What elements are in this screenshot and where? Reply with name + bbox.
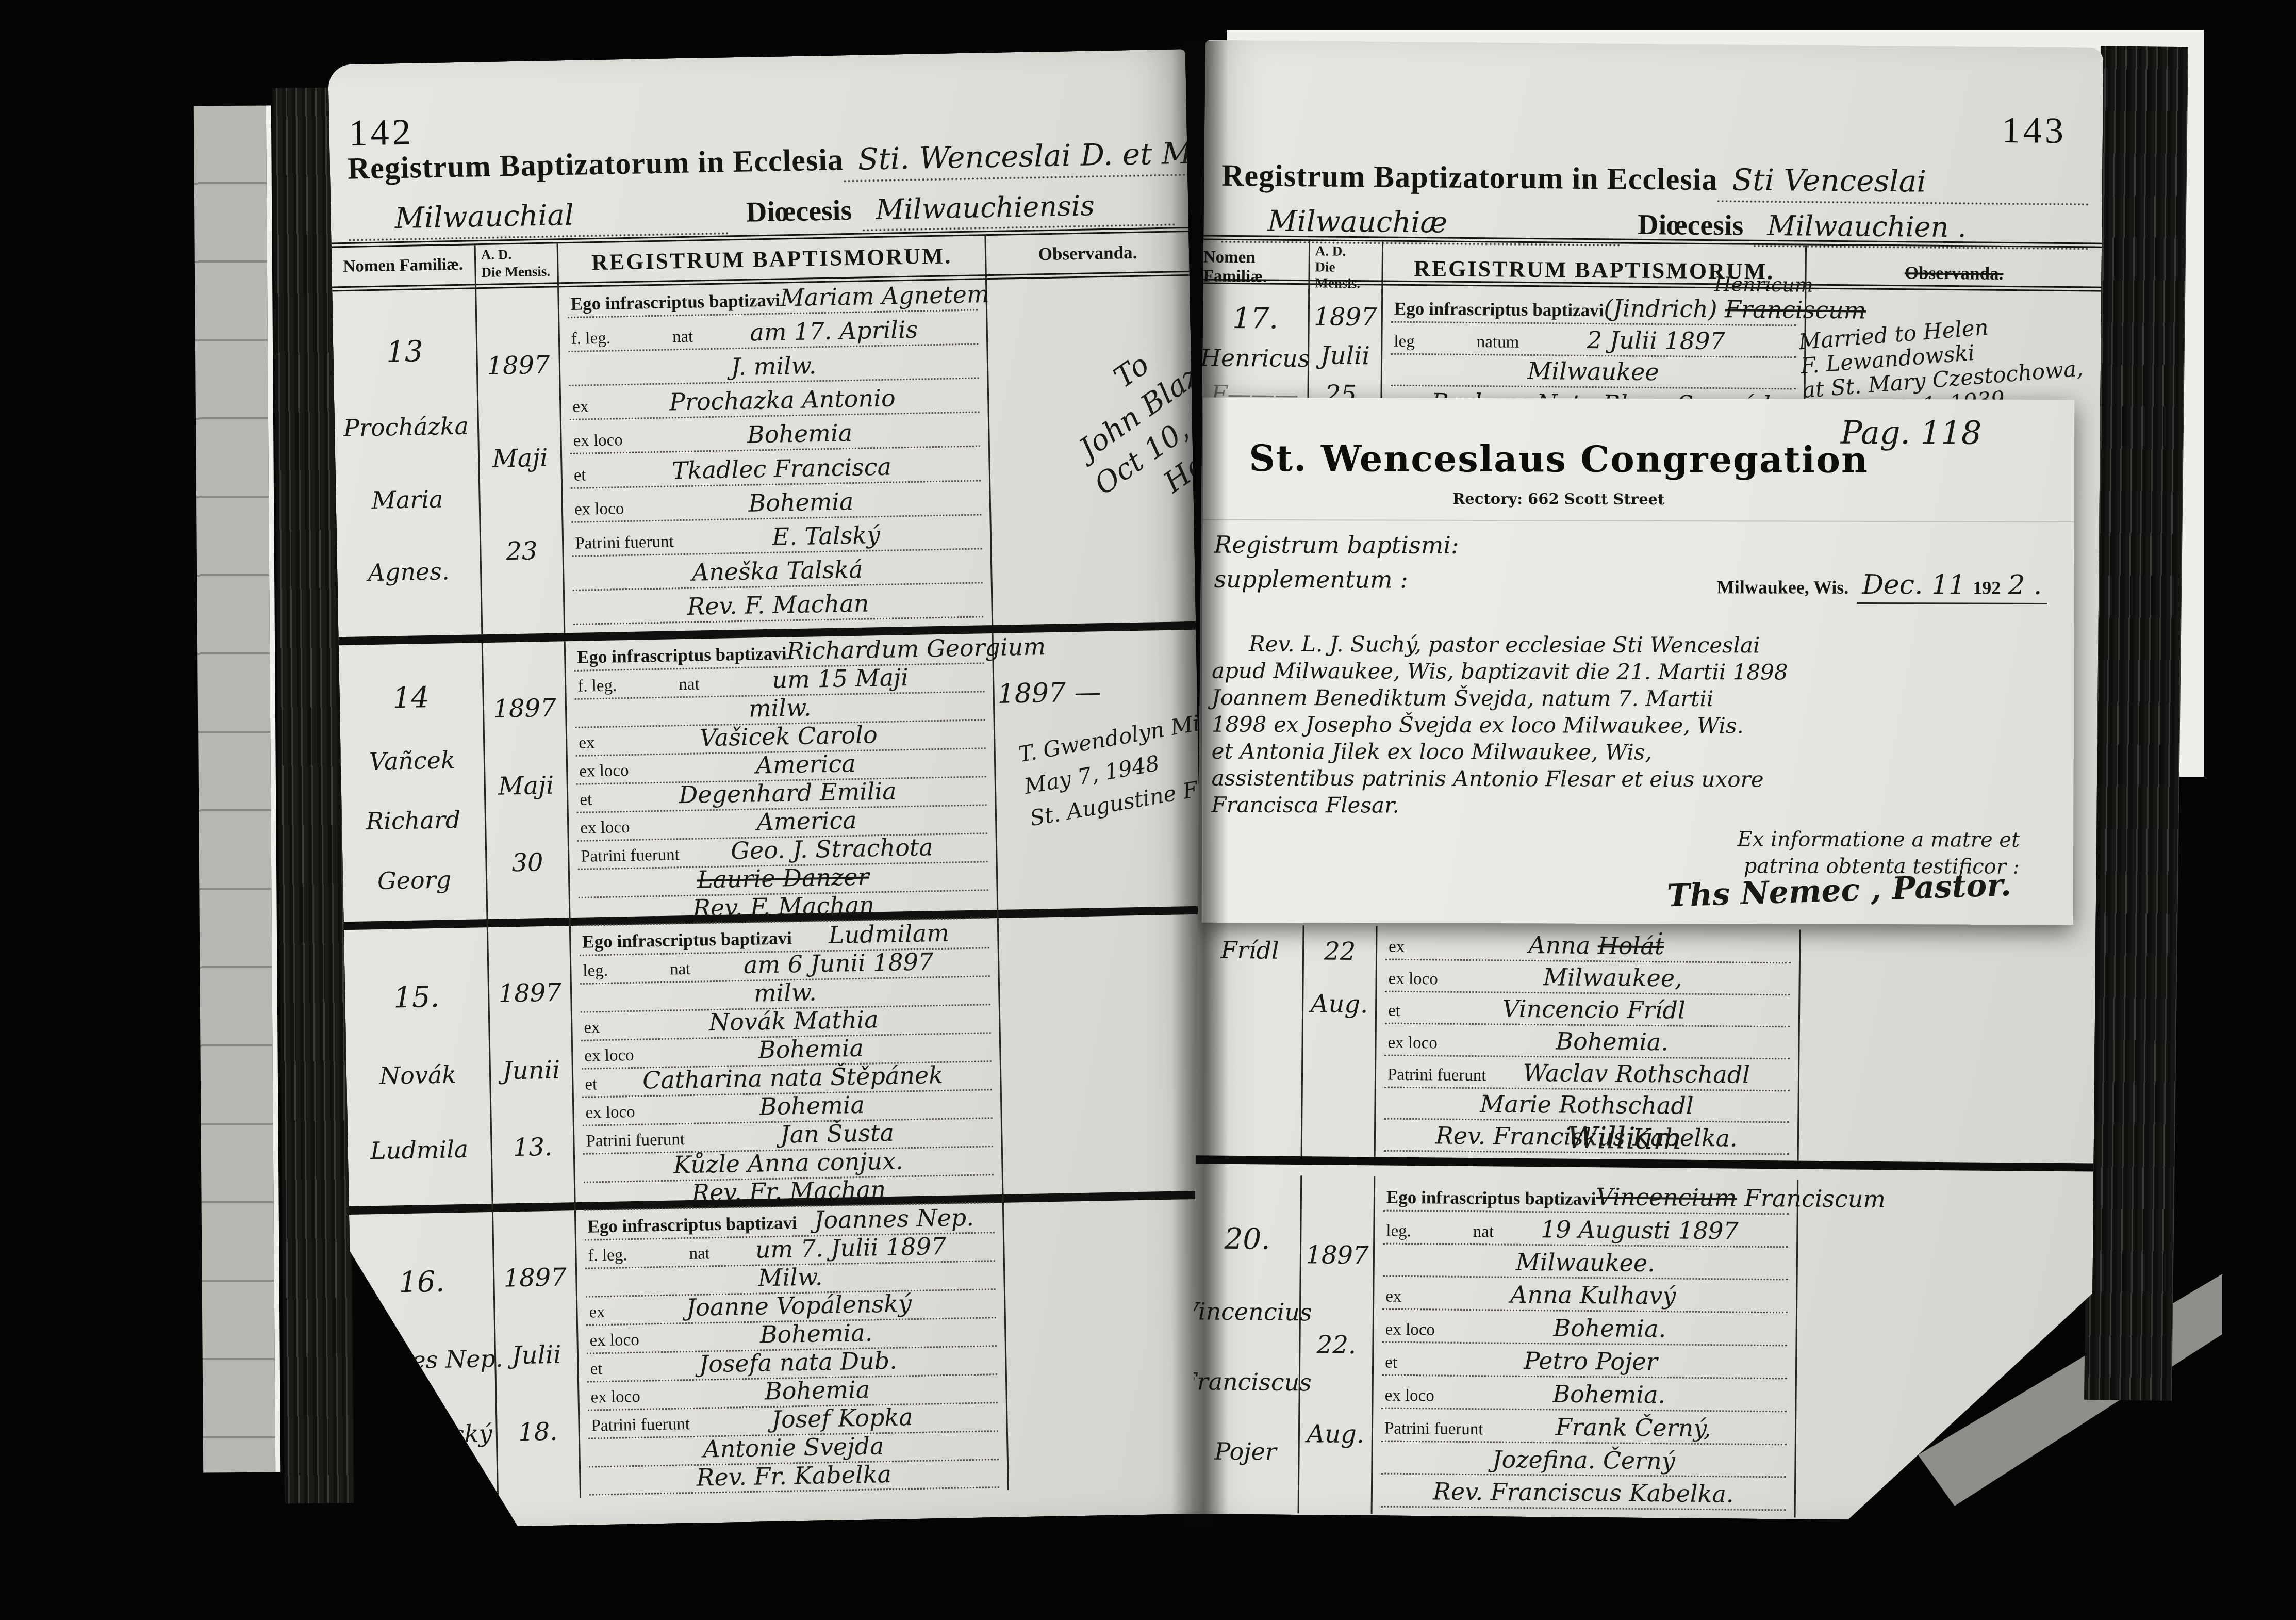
value-part: Rev. Fr. Kabelka: [696, 1460, 891, 1492]
field-label-2: nat: [670, 960, 691, 979]
field-label-2: nat: [1473, 1222, 1494, 1241]
baptism-entry-13: 13ProcházkaMariaAgnes.1897Maji23Ego infr…: [332, 271, 1196, 637]
field-value: Petro Pojer: [1397, 1348, 1785, 1376]
column-header-nomen: Nomen Familiæ.: [332, 245, 476, 286]
field-label: ex loco: [1387, 1033, 1438, 1053]
field-row: etTkadlec Francisca: [570, 453, 981, 489]
field-row: exProchazka Antonio: [569, 385, 980, 421]
date-line: Maji: [492, 444, 548, 473]
letterhead-supplement-sheet: Pag. 118 St. Wenceslaus Congregation Rec…: [1202, 398, 2075, 925]
baptism-entry-16: 16.Joannes Nep.Vopálenský1897Julii18.Ego…: [349, 1191, 1212, 1490]
value-part: Milwaukee,: [1543, 963, 1682, 992]
family-name-line: Agnes.: [368, 558, 450, 587]
pastor-signature: Ths Nemec , Pastor.: [1666, 867, 2012, 914]
baptism-entries-142: 13ProcházkaMariaAgnes.1897Maji23Ego infr…: [332, 271, 1211, 1490]
field-label: ex: [589, 1303, 605, 1322]
value-part: Aneška Talská: [691, 555, 863, 586]
field-value: Catharina nata Štěpánek: [597, 1062, 989, 1094]
field-label: ex loco: [574, 499, 624, 519]
field-label: Patrini fuerunt: [581, 845, 680, 866]
field-row: Rev. F. Machan: [573, 589, 983, 625]
family-name-line: Richard: [366, 806, 461, 835]
field-value: Bohemia: [624, 487, 979, 518]
field-value: am 17. Aprilis: [693, 317, 975, 347]
value-part: Petro Pojer: [1524, 1347, 1658, 1376]
column-label: Die Mensis.: [481, 264, 550, 281]
baptism-entry-15: 15.NovákLudmila1897Junii13.Ego infrascri…: [344, 906, 1207, 1206]
field-label: ex loco: [589, 1331, 639, 1351]
field-label: ex loco: [585, 1103, 635, 1123]
date-line: 23: [506, 536, 538, 566]
field-label-2: nat: [679, 675, 700, 694]
entry-number: 13: [386, 335, 423, 369]
field-label: et: [590, 1360, 603, 1379]
family-name-line: Frídl: [1220, 936, 1279, 964]
value-part: Bohemia: [758, 1034, 864, 1064]
date-handwritten: Dec. 11: [1862, 569, 1965, 601]
attestation-line: Ex informatione a matre et: [1737, 826, 2020, 853]
value-part: Jozefina. Černý: [1492, 1445, 1675, 1475]
date-line: 22: [1324, 937, 1356, 967]
field-label: f. leg.: [577, 676, 617, 696]
field-row: ex locoBohemia: [570, 419, 980, 455]
value-part: Bohemia: [764, 1375, 870, 1405]
value-part: um 15 Maji: [772, 663, 909, 694]
value-part: Jan Šusta: [780, 1119, 895, 1149]
value-part: Antonie Svejda: [703, 1432, 884, 1463]
book-gutter-shadow: [1171, 41, 1228, 1527]
date-cell: 1897Junii13.: [488, 926, 576, 1215]
value-part: Milw.: [758, 1263, 823, 1291]
field-label: ex: [572, 398, 589, 417]
date-line: 1897: [493, 694, 556, 724]
family-name-line: Vopálenský: [357, 1419, 493, 1450]
date-cell: 189722.Aug.: [1299, 1175, 1376, 1514]
field-label: ex loco: [590, 1387, 640, 1408]
value-part: milw.: [748, 694, 812, 723]
date-line: 1897: [1314, 302, 1377, 332]
field-label: f. leg.: [588, 1246, 627, 1265]
field-row: ex locoMilwaukee,: [1385, 963, 1790, 995]
date-line: Maji: [498, 771, 554, 800]
field-value: Aneška Talská: [575, 555, 980, 587]
field-label: leg.: [1386, 1221, 1411, 1240]
family-name-line: Novák: [379, 1060, 456, 1090]
field-label: ex: [1389, 938, 1405, 957]
date-line: 1897: [1306, 1240, 1369, 1270]
value-part: Holáṫ: [1598, 931, 1664, 960]
rectory-address: Rectory: 662 Scott Street: [1203, 489, 1914, 509]
registrum-baptismi-note: Registrum baptismi:supplementum :: [1214, 528, 1459, 597]
field-row: Ego infrascriptus baptizaviHenricum(Jind…: [1391, 294, 1796, 326]
value-part: Bohemia: [747, 419, 852, 449]
registrum-baptismi-line: supplementum :: [1214, 562, 1459, 597]
value-part: America: [755, 749, 856, 779]
date-line: 30: [511, 848, 543, 877]
field-label-2: nat: [672, 328, 693, 347]
field-value: Rev. Franciscus Kabelka.: [1384, 1479, 1783, 1508]
field-label: f. leg.: [571, 329, 611, 349]
supplement-body-line: assistentibus patrinis Antonio Flesar et…: [1211, 765, 2063, 794]
field-label: ex loco: [579, 761, 629, 781]
page-number: 142: [349, 110, 414, 154]
field-label: et: [1385, 1353, 1397, 1372]
family-name-line: Maria: [371, 485, 443, 514]
registrum-cell: Ego infrascriptus baptizaviVincencium Fr…: [1373, 1176, 1799, 1517]
date-line: 13.: [513, 1133, 552, 1162]
register-page-143: 143 Registrum Baptizatorum in Ecclesia S…: [1193, 40, 2104, 1521]
field-label: Ego infrascriptus baptizavi: [570, 290, 780, 315]
value-part: 19 Augusti 1897: [1541, 1215, 1739, 1245]
observanda-cell: [1799, 930, 2096, 1164]
value-part: Joannes Nep.: [814, 1203, 974, 1234]
value-part: Prochazka Antonio: [669, 384, 896, 416]
field-label: Patrini fuerunt: [586, 1130, 685, 1151]
year-handwritten: 2 .: [2008, 570, 2042, 601]
supplement-body-line: 1898 ex Josepho Švejda ex loco Milwaukee…: [1212, 711, 2063, 740]
field-row: leg.nat19 Augusti 1897: [1383, 1216, 1788, 1248]
value-part: Rev. F. Machan: [687, 589, 869, 620]
field-row: f. leg.natam 17. Aprilis: [568, 317, 978, 353]
field-value: Ludmilam: [791, 920, 986, 948]
family-name-line: Vañcek: [369, 746, 455, 775]
registrum-baptismi-line: Registrum baptismi:: [1214, 528, 1459, 563]
letter-dateline: Milwaukee, Wis. Dec. 11 192 2 .: [1717, 569, 2047, 604]
field-value: Milwaukee,: [1438, 964, 1788, 992]
field-row: Rev. Franciscus Kabelka.: [1381, 1479, 1786, 1511]
date-line: 1897: [503, 1263, 567, 1293]
date-cell: 1897Maji30: [483, 641, 571, 930]
value-part: Tkadlec Francisca: [672, 452, 892, 484]
baptism-supplement-text: Rev. L. J. Suchý, pastor ecclesiae Sti W…: [1211, 631, 2063, 821]
registrum-cell: Ego infrascriptus baptizaviRichardum Geo…: [566, 633, 999, 929]
field-label: ex loco: [1385, 1320, 1435, 1340]
field-row: Patrini fueruntFrank Černý,: [1381, 1413, 1787, 1445]
family-name-cell: 13ProcházkaMariaAgnes.: [332, 284, 483, 637]
field-row: etPetro Pojer: [1382, 1348, 1787, 1380]
city-label: Milwaukee, Wis.: [1717, 576, 1849, 598]
value-part: J. milw.: [731, 352, 817, 381]
date-cell: 1897Maji23: [476, 282, 565, 634]
field-row: ex locoBohemia.: [1381, 1380, 1787, 1412]
value-part: Vašicek Carolo: [699, 721, 878, 751]
value-part: Anna Kulhavý: [1510, 1281, 1676, 1310]
value-part: Mariam Agnetem: [780, 280, 989, 312]
field-value: Geo. J. Strachota: [679, 834, 984, 864]
field-label: Patrini fuerunt: [1387, 1065, 1486, 1085]
value-part: Kůzle Anna conjux.: [673, 1147, 903, 1179]
field-row: Patrini fueruntWaclav Rothschadl: [1384, 1059, 1790, 1091]
value-part: Anna: [1528, 931, 1598, 959]
register-page-142: 142 Registrum Baptizatorum in Ecclesia S…: [328, 49, 1212, 1529]
value-part: Bohemia.: [1553, 1314, 1666, 1343]
field-value: 2 Julii 1897: [1519, 328, 1793, 354]
baptism-entry-14: 14VañcekRichardGeorg1897Maji30Ego infras…: [338, 621, 1201, 922]
family-name-line: Georg: [377, 866, 452, 895]
value-part: Rev. Fr. Machan: [691, 1175, 886, 1207]
field-label: ex loco: [1384, 1386, 1434, 1405]
entry-number: 16.: [399, 1265, 445, 1300]
column-header-date: A. D. Die Mensis.: [476, 243, 559, 284]
date-line: Julii: [1320, 341, 1370, 370]
congregation-letterhead: St. Wenceslaus Congregation: [1203, 437, 1914, 482]
field-row: Milwaukee.: [1383, 1249, 1788, 1281]
supplement-body-line: et Antonia Jilek ex loco Milwaukee, Wis,: [1211, 738, 2063, 767]
value-part: America: [756, 806, 857, 836]
field-value: Prochazka Antonio: [588, 385, 977, 417]
field-row: legnatum2 Julii 1897: [1391, 326, 1796, 358]
field-value: Tkadlec Francisca: [586, 453, 978, 485]
field-value: E. Talský: [673, 521, 979, 551]
field-label: ex loco: [1388, 969, 1438, 989]
value-part: (Jindrich): [1604, 294, 1725, 323]
field-value: Josef Kopka: [690, 1403, 995, 1434]
family-name-cell: 14VañcekRichardGeorg: [339, 643, 488, 933]
value-part: Josef Kopka: [771, 1403, 913, 1433]
field-label: leg.: [583, 961, 608, 981]
letterhead-rule: [1203, 519, 2074, 522]
field-label: ex: [1385, 1287, 1401, 1306]
field-row: ex locoBohemia.: [1382, 1315, 1787, 1347]
date-line: 22.: [1317, 1330, 1357, 1360]
column-label: REGISTRUM BAPTISMORUM.: [591, 242, 952, 275]
field-value: Anna Kulhavý: [1401, 1282, 1785, 1310]
value-part: Josefa nata Dub.: [699, 1347, 897, 1378]
value-part: Bohemia: [748, 487, 854, 517]
registrum-cell: Ego infrascriptus baptizaviMariam Agnete…: [559, 274, 993, 633]
value-part: Joanne Vopálenský: [686, 1289, 912, 1321]
supplement-body-line: Joannem Benediktum Švejda, natum 7. Mart…: [1212, 684, 2063, 713]
value-part: Ludmilam: [829, 919, 950, 949]
field-value: um 7. Julii 1897: [709, 1233, 992, 1263]
field-value: Vincencio Frídl: [1400, 996, 1788, 1024]
entry-number: 20.: [1224, 1222, 1270, 1256]
field-row: Patrini fueruntE. Talský: [572, 521, 982, 557]
date-line: 18.: [518, 1417, 558, 1447]
field-row: ex locoBohemia: [571, 487, 981, 523]
field-value: Bohemia.: [1434, 1381, 1784, 1409]
field-value: Bohemia.: [1438, 1028, 1787, 1056]
register-title-line: Registrum Baptizatorum in Ecclesia Sti. …: [347, 136, 1174, 191]
field-row: Jozefina. Černý: [1381, 1446, 1786, 1478]
field-value: Bohemia: [622, 419, 977, 450]
value-part: Rev. Franciscus Kabelka.: [1433, 1478, 1734, 1508]
date-line: Julii: [511, 1340, 561, 1370]
value-part: Milwaukee.: [1516, 1248, 1655, 1277]
year-printed: 192: [1973, 577, 2001, 599]
field-row: Milwaukee: [1391, 358, 1796, 390]
value-part: Bohemia.: [759, 1318, 873, 1348]
value-part: Vincencium: [1596, 1183, 1737, 1212]
date-cell: 22Aug.: [1302, 925, 1378, 1157]
field-row: exAnna Holáṫ: [1385, 931, 1791, 963]
field-label: Patrini fuerunt: [1384, 1419, 1483, 1439]
date-line: 1897: [498, 978, 561, 1008]
field-row: etVincencio Frídl: [1385, 995, 1790, 1027]
field-row: exAnna Kulhavý: [1382, 1282, 1788, 1314]
value-part: Bohemia.: [1552, 1380, 1665, 1409]
diocesis-label: Diœcesis: [746, 194, 852, 229]
entry-number: 17.: [1232, 302, 1279, 336]
value-part: Milwaukee: [1527, 357, 1659, 386]
field-label: Patrini fuerunt: [575, 532, 674, 553]
field-value: Frank Černý,: [1483, 1414, 1783, 1442]
value-part: Catharina nata Štěpánek: [642, 1061, 944, 1094]
field-label-2: natum: [1477, 333, 1519, 352]
baptism-entry-17: 17.HenricusF———1897Julii25.Ego infrascri…: [1202, 287, 2101, 404]
date-line: Aug.: [1311, 989, 1368, 1019]
field-label-2: nat: [689, 1244, 710, 1264]
field-label: ex loco: [584, 1046, 634, 1066]
field-value: Marie Rothschadl: [1387, 1091, 1786, 1120]
field-value: Anna Holáṫ: [1405, 932, 1788, 960]
field-label: Ego infrascriptus baptizavi: [582, 928, 792, 952]
diocese-name-handwritten: Milwauchiensis: [862, 188, 1176, 231]
field-label: ex loco: [580, 818, 630, 838]
value-part: Rev. F. Machan: [692, 891, 875, 922]
field-value: Joannes Nep.: [797, 1205, 991, 1233]
field-value: J. milw.: [572, 351, 976, 383]
field-label: ex: [584, 1018, 600, 1038]
microfilm-photo-scene: 142 Registrum Baptizatorum in Ecclesia S…: [0, 0, 2296, 1620]
field-value: Jan Šusta: [684, 1119, 989, 1149]
field-label: et: [580, 790, 592, 809]
value-part: Bohemia: [759, 1091, 865, 1121]
supplement-body-line: Francisca Flesar.: [1211, 792, 2063, 821]
field-value: Milwaukee: [1394, 358, 1793, 386]
field-label: et: [1388, 1001, 1400, 1020]
value-part: Laurie Danzer: [697, 862, 869, 893]
column-label: Nomen Familiæ.: [343, 255, 463, 276]
ruled-paper-edge: [194, 106, 280, 1473]
value-part: am 6 Junii 1897: [744, 947, 934, 979]
family-name-line: Procházka: [343, 412, 469, 442]
value-part: Novák Mathia: [709, 1005, 879, 1036]
entry-number: 15.: [393, 980, 440, 1015]
registrum-cell: Ego infrascriptus baptizaviJoannes Nep.f…: [576, 1203, 1009, 1498]
family-name-cell: 15.NovákLudmila: [344, 927, 493, 1218]
value-part: am 17. Aprilis: [750, 316, 918, 347]
field-value: Bohemia.: [1435, 1315, 1785, 1343]
field-row: Ego infrascriptus baptizaviVincencium Fr…: [1383, 1183, 1789, 1215]
field-value: am 6 Junii 1897: [690, 948, 987, 978]
supplement-body-line: Rev. L. J. Suchý, pastor ecclesiae Sti W…: [1249, 631, 2063, 660]
field-label: ex: [579, 733, 595, 753]
entry-number: 14: [392, 681, 430, 715]
value-part: Degenhard Emilia: [679, 777, 897, 809]
field-row: J. milw.: [569, 351, 979, 386]
date-cell: 1897Julii18.: [493, 1210, 581, 1499]
field-value: Rev. F. Machan: [576, 589, 980, 621]
column-label: Observanda.: [1038, 242, 1137, 265]
value-part: Frank Černý,: [1556, 1413, 1711, 1442]
superscript-correction: Henricum: [1714, 275, 1813, 296]
family-name-cell: 16.Joannes Nep.Vopálenský: [349, 1212, 499, 1502]
field-label: Ego infrascriptus baptizavi: [1394, 299, 1604, 321]
value-part: Geo. J. Strachota: [731, 833, 934, 864]
date-underline: Dec. 11 192 2 .: [1857, 569, 2047, 604]
registrum-ecclesia-label: Registrum Baptizatorum in Ecclesia: [347, 142, 844, 187]
name-correction-overwrite: William: [1567, 1120, 1682, 1156]
field-label: Patrini fuerunt: [591, 1415, 690, 1436]
field-value: Milwaukee.: [1386, 1249, 1785, 1277]
field-label: Ego infrascriptus baptizavi: [587, 1213, 797, 1237]
field-value: um 15 Maji: [699, 664, 981, 694]
value-part: Waclav Rothschadl: [1523, 1058, 1750, 1088]
value-part: milw.: [753, 978, 817, 1007]
field-row: Marie Rothschadl: [1384, 1091, 1789, 1123]
field-label: et: [585, 1075, 598, 1094]
date-line: Aug.: [1307, 1420, 1364, 1449]
date-line: Junii: [502, 1055, 560, 1085]
supplement-body-line: apud Milwaukee, Wis, baptizavit die 21. …: [1212, 658, 2063, 686]
value-part: E. Talský: [772, 521, 881, 551]
field-row: ex locoBohemia.: [1384, 1027, 1790, 1059]
date-line: 1897: [487, 351, 550, 381]
field-label: et: [573, 466, 586, 485]
field-value: 19 Augusti 1897: [1494, 1217, 1785, 1244]
location-handwritten: Milwauchial: [348, 195, 729, 241]
field-label: Ego infrascriptus baptizavi: [1386, 1187, 1596, 1209]
field-row: Ego infrascriptus baptizaviMariam Agnete…: [567, 283, 978, 319]
field-value: Jozefina. Černý: [1384, 1446, 1783, 1475]
registrum-cell: Ego infrascriptus baptizaviLudmilamleg.n…: [571, 918, 1004, 1214]
family-name-line: Ludmila: [370, 1135, 469, 1165]
field-label: Ego infrascriptus baptizavi: [577, 643, 787, 667]
church-name-handwritten: Sti. Wenceslai D. et M.: [843, 135, 1202, 182]
column-label: A. D.: [481, 247, 512, 263]
value-part: Marie Rothschadl: [1480, 1090, 1694, 1120]
field-label: leg: [1394, 332, 1415, 351]
value-part: 2 Julii 1897: [1587, 326, 1725, 355]
field-value: Mariam Agnetem: [780, 282, 990, 310]
family-name-line: Joannes Nep.: [343, 1345, 503, 1376]
value-part: Vincencio Frídl: [1502, 994, 1685, 1024]
column-header-observanda: Observanda.: [986, 232, 1189, 274]
field-row: Aneška Talská: [572, 555, 983, 591]
value-part: Bohemia.: [1556, 1027, 1669, 1056]
field-value: Waclav Rothschadl: [1486, 1060, 1787, 1088]
field-label: ex loco: [573, 431, 623, 451]
year-spillover: 1897 —: [997, 677, 1101, 710]
value-part: um 7. Julii 1897: [755, 1232, 946, 1264]
